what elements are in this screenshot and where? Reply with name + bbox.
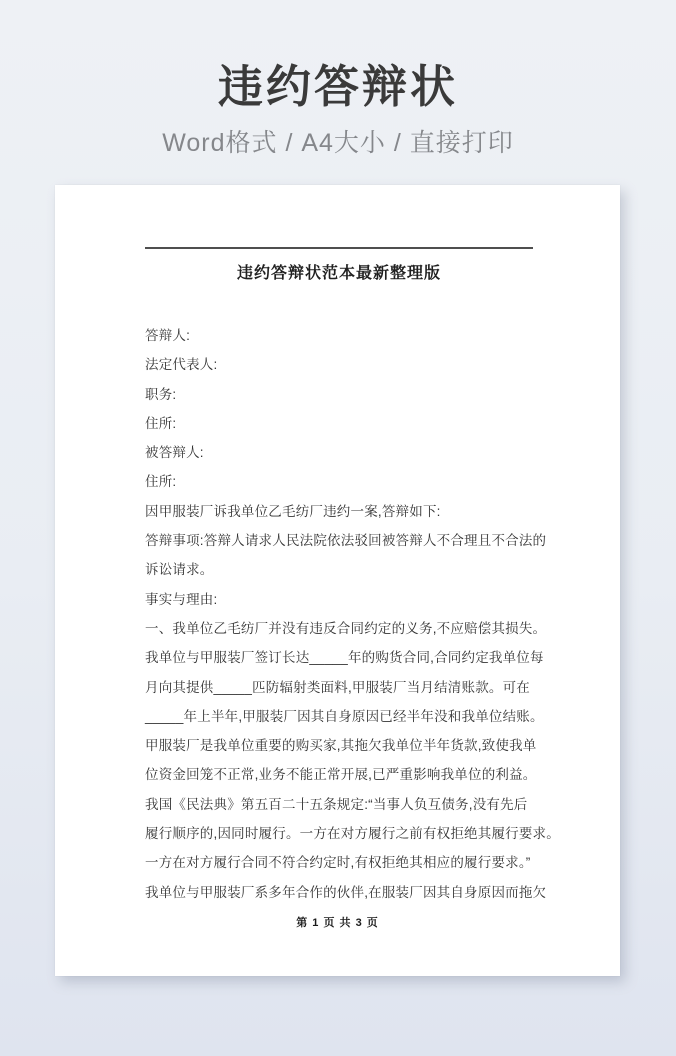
document-line: 我单位与甲服装厂系多年合作的伙伴,在服装厂因其自身原因而拖欠 (145, 878, 533, 907)
document-line: 诉讼请求。 (145, 555, 533, 584)
document-line: 事实与理由: (145, 585, 533, 614)
document-line: 位资金回笼不正常,业务不能正常开展,已严重影响我单位的利益。 (145, 760, 533, 789)
document-line: 我单位与甲服装厂签订长达_____年的购货合同,合同约定我单位每 (145, 643, 533, 672)
document-line: _____年上半年,甲服装厂因其自身原因已经半年没和我单位结账。 (145, 702, 533, 731)
document-line: 一方在对方履行合同不符合约定时,有权拒绝其相应的履行要求。” (145, 848, 533, 877)
document-line: 职务: (145, 380, 533, 409)
document-line: 甲服装厂是我单位重要的购买家,其拖欠我单位半年货款,致使我单 (145, 731, 533, 760)
document-line: 一、我单位乙毛纺厂并没有违反合同约定的义务,不应赔偿其损失。 (145, 614, 533, 643)
document-title: 违约答辩状范本最新整理版 (145, 265, 533, 283)
document-line: 月向其提供_____匹防辐射类面料,甲服装厂当月结清账款。可在 (145, 673, 533, 702)
page-subtitle: Word格式 / A4大小 / 直接打印 (0, 123, 676, 159)
document-line: 履行顺序的,因同时履行。一方在对方履行之前有权拒绝其履行要求。 (145, 819, 533, 848)
document-body: 答辩人:法定代表人:职务:住所:被答辩人:住所:因甲服装厂诉我单位乙毛纺厂违约一… (145, 321, 533, 907)
page-title: 违约答辩状 (0, 64, 676, 110)
document-line: 法定代表人: (145, 350, 533, 379)
document-page: 违约答辩状范本最新整理版 答辩人:法定代表人:职务:住所:被答辩人:住所:因甲服… (55, 185, 620, 976)
document-line: 被答辩人: (145, 438, 533, 467)
document-line: 答辩人: (145, 321, 533, 350)
document-line: 因甲服装厂诉我单位乙毛纺厂违约一案,答辩如下: (145, 497, 533, 526)
page-number: 第 1 页 共 3 页 (55, 914, 620, 930)
header: 违约答辩状 Word格式 / A4大小 / 直接打印 (0, 0, 676, 159)
document-line: 我国《民法典》第五百二十五条规定:“当事人负互债务,没有先后 (145, 790, 533, 819)
header-rule (145, 247, 533, 249)
document-line: 答辩事项:答辩人请求人民法院依法驳回被答辩人不合理且不合法的 (145, 526, 533, 555)
page-background: 违约答辩状 Word格式 / A4大小 / 直接打印 违约答辩状范本最新整理版 … (0, 0, 676, 1056)
document-line: 住所: (145, 467, 533, 496)
document-line: 住所: (145, 409, 533, 438)
